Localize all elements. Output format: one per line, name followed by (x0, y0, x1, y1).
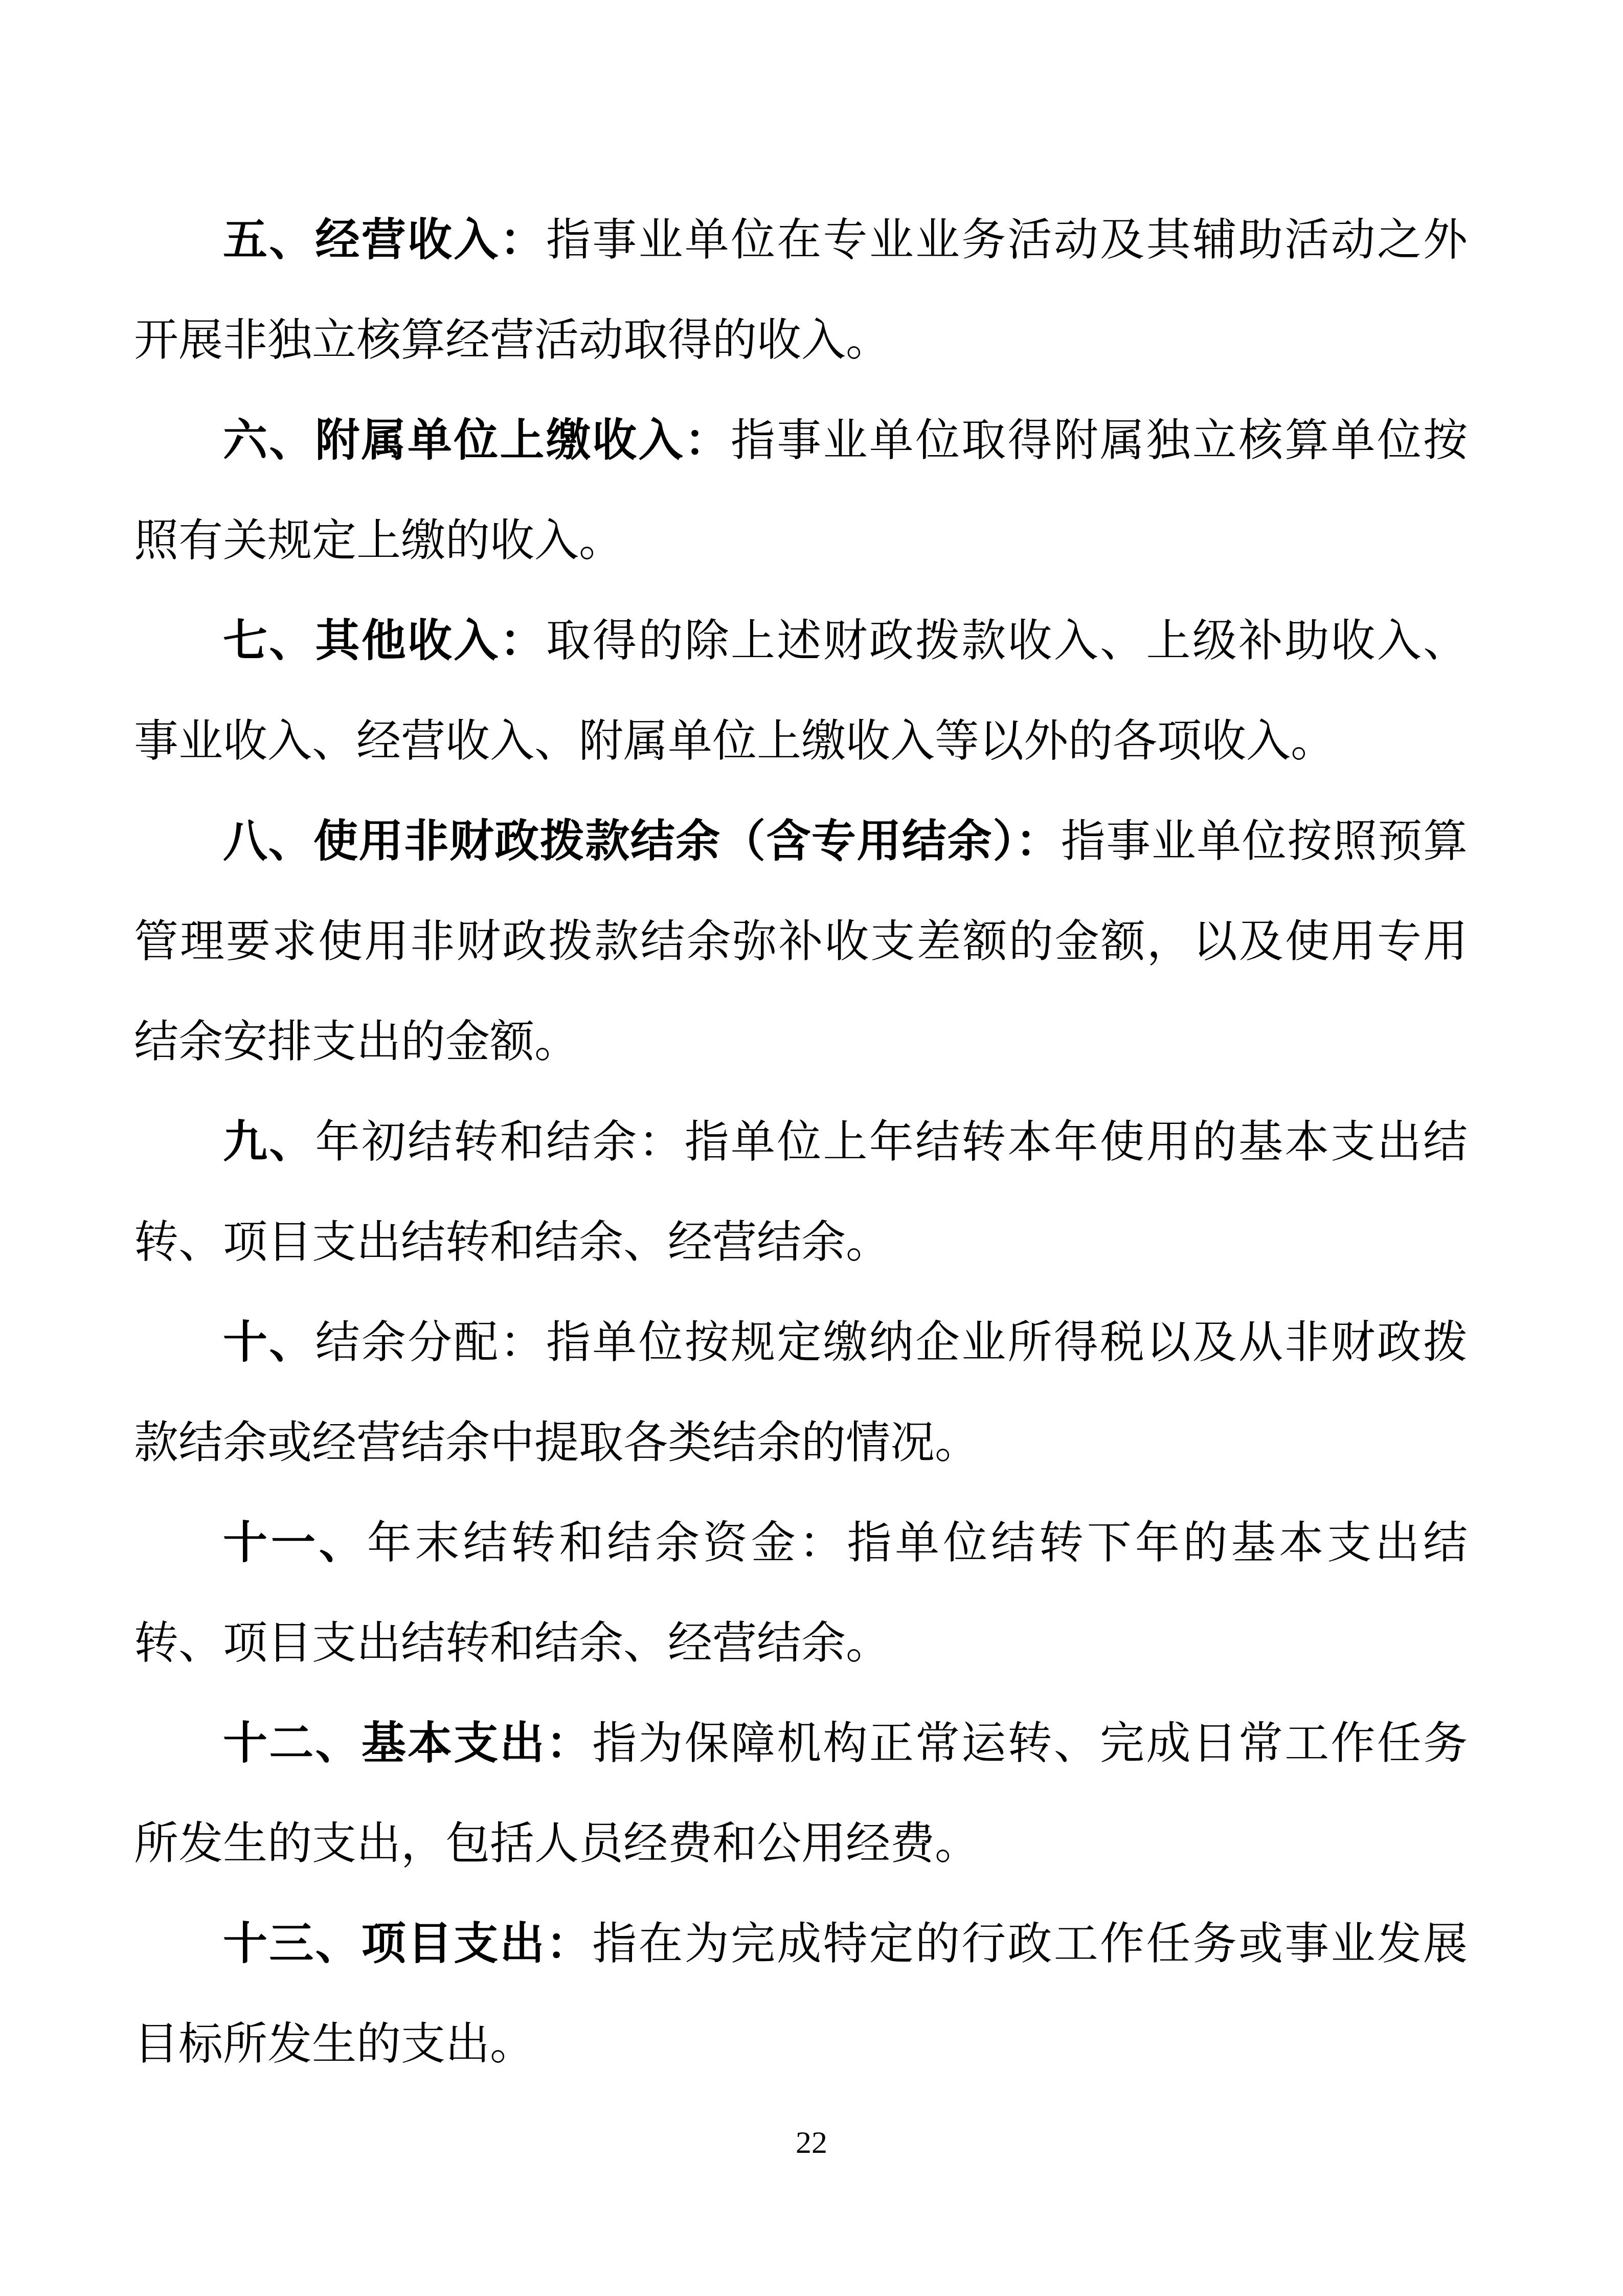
paragraph-heading: 六、附属单位上缴收入： (223, 416, 731, 465)
paragraph-number: 十一、 (223, 1518, 367, 1568)
paragraph-heading: 七、其他收入： (223, 616, 546, 666)
definition-paragraph-11: 十一、年末结转和结余资金：指单位结转下年的基本支出结转、项目支出结转和结余、经营… (134, 1493, 1468, 1694)
paragraph-heading: 十三、项目支出： (223, 1919, 592, 1969)
paragraph-heading: 五、经营收入： (223, 215, 546, 265)
paragraph-number: 九、 (223, 1117, 315, 1167)
page-footer: 22 (0, 2117, 1623, 2168)
definition-paragraph-12: 十二、基本支出：指为保障机构正常运转、完成日常工作任务所发生的支出，包括人员经费… (134, 1694, 1468, 1894)
page-content: 五、经营收入：指事业单位在专业业务活动及其辅助活动之外开展非独立核算经营活动取得… (134, 190, 1468, 2095)
definition-paragraph-5: 五、经营收入：指事业单位在专业业务活动及其辅助活动之外开展非独立核算经营活动取得… (134, 190, 1468, 391)
paragraph-heading: 八、使用非财政拨款结余（含专用结余）： (223, 817, 1061, 866)
definition-paragraph-6: 六、附属单位上缴收入：指事业单位取得附属独立核算单位按照有关规定上缴的收入。 (134, 391, 1468, 591)
definition-paragraph-8: 八、使用非财政拨款结余（含专用结余）：指事业单位按照预算管理要求使用非财政拨款结… (134, 792, 1468, 1092)
page-number: 22 (796, 2125, 827, 2160)
definition-paragraph-13: 十三、项目支出：指在为完成特定的行政工作任务或事业发展目标所发生的支出。 (134, 1894, 1468, 2095)
document-page: 五、经营收入：指事业单位在专业业务活动及其辅助活动之外开展非独立核算经营活动取得… (0, 0, 1623, 2296)
definition-paragraph-10: 十、结余分配：指单位按规定缴纳企业所得税以及从非财政拨款结余或经营结余中提取各类… (134, 1293, 1468, 1493)
paragraph-heading: 十二、基本支出： (223, 1719, 592, 1768)
definition-paragraph-9: 九、年初结转和结余：指单位上年结转本年使用的基本支出结转、项目支出结转和结余、经… (134, 1092, 1468, 1293)
paragraph-number: 十、 (223, 1318, 315, 1367)
paragraph-body: 年初结转和结余：指单位上年结转本年使用的基本支出结转、项目支出结转和结余、经营结… (134, 1117, 1468, 1267)
paragraph-body: 结余分配：指单位按规定缴纳企业所得税以及从非财政拨款结余或经营结余中提取各类结余… (134, 1318, 1468, 1468)
definition-paragraph-7: 七、其他收入：取得的除上述财政拨款收入、上级补助收入、事业收入、经营收入、附属单… (134, 591, 1468, 792)
